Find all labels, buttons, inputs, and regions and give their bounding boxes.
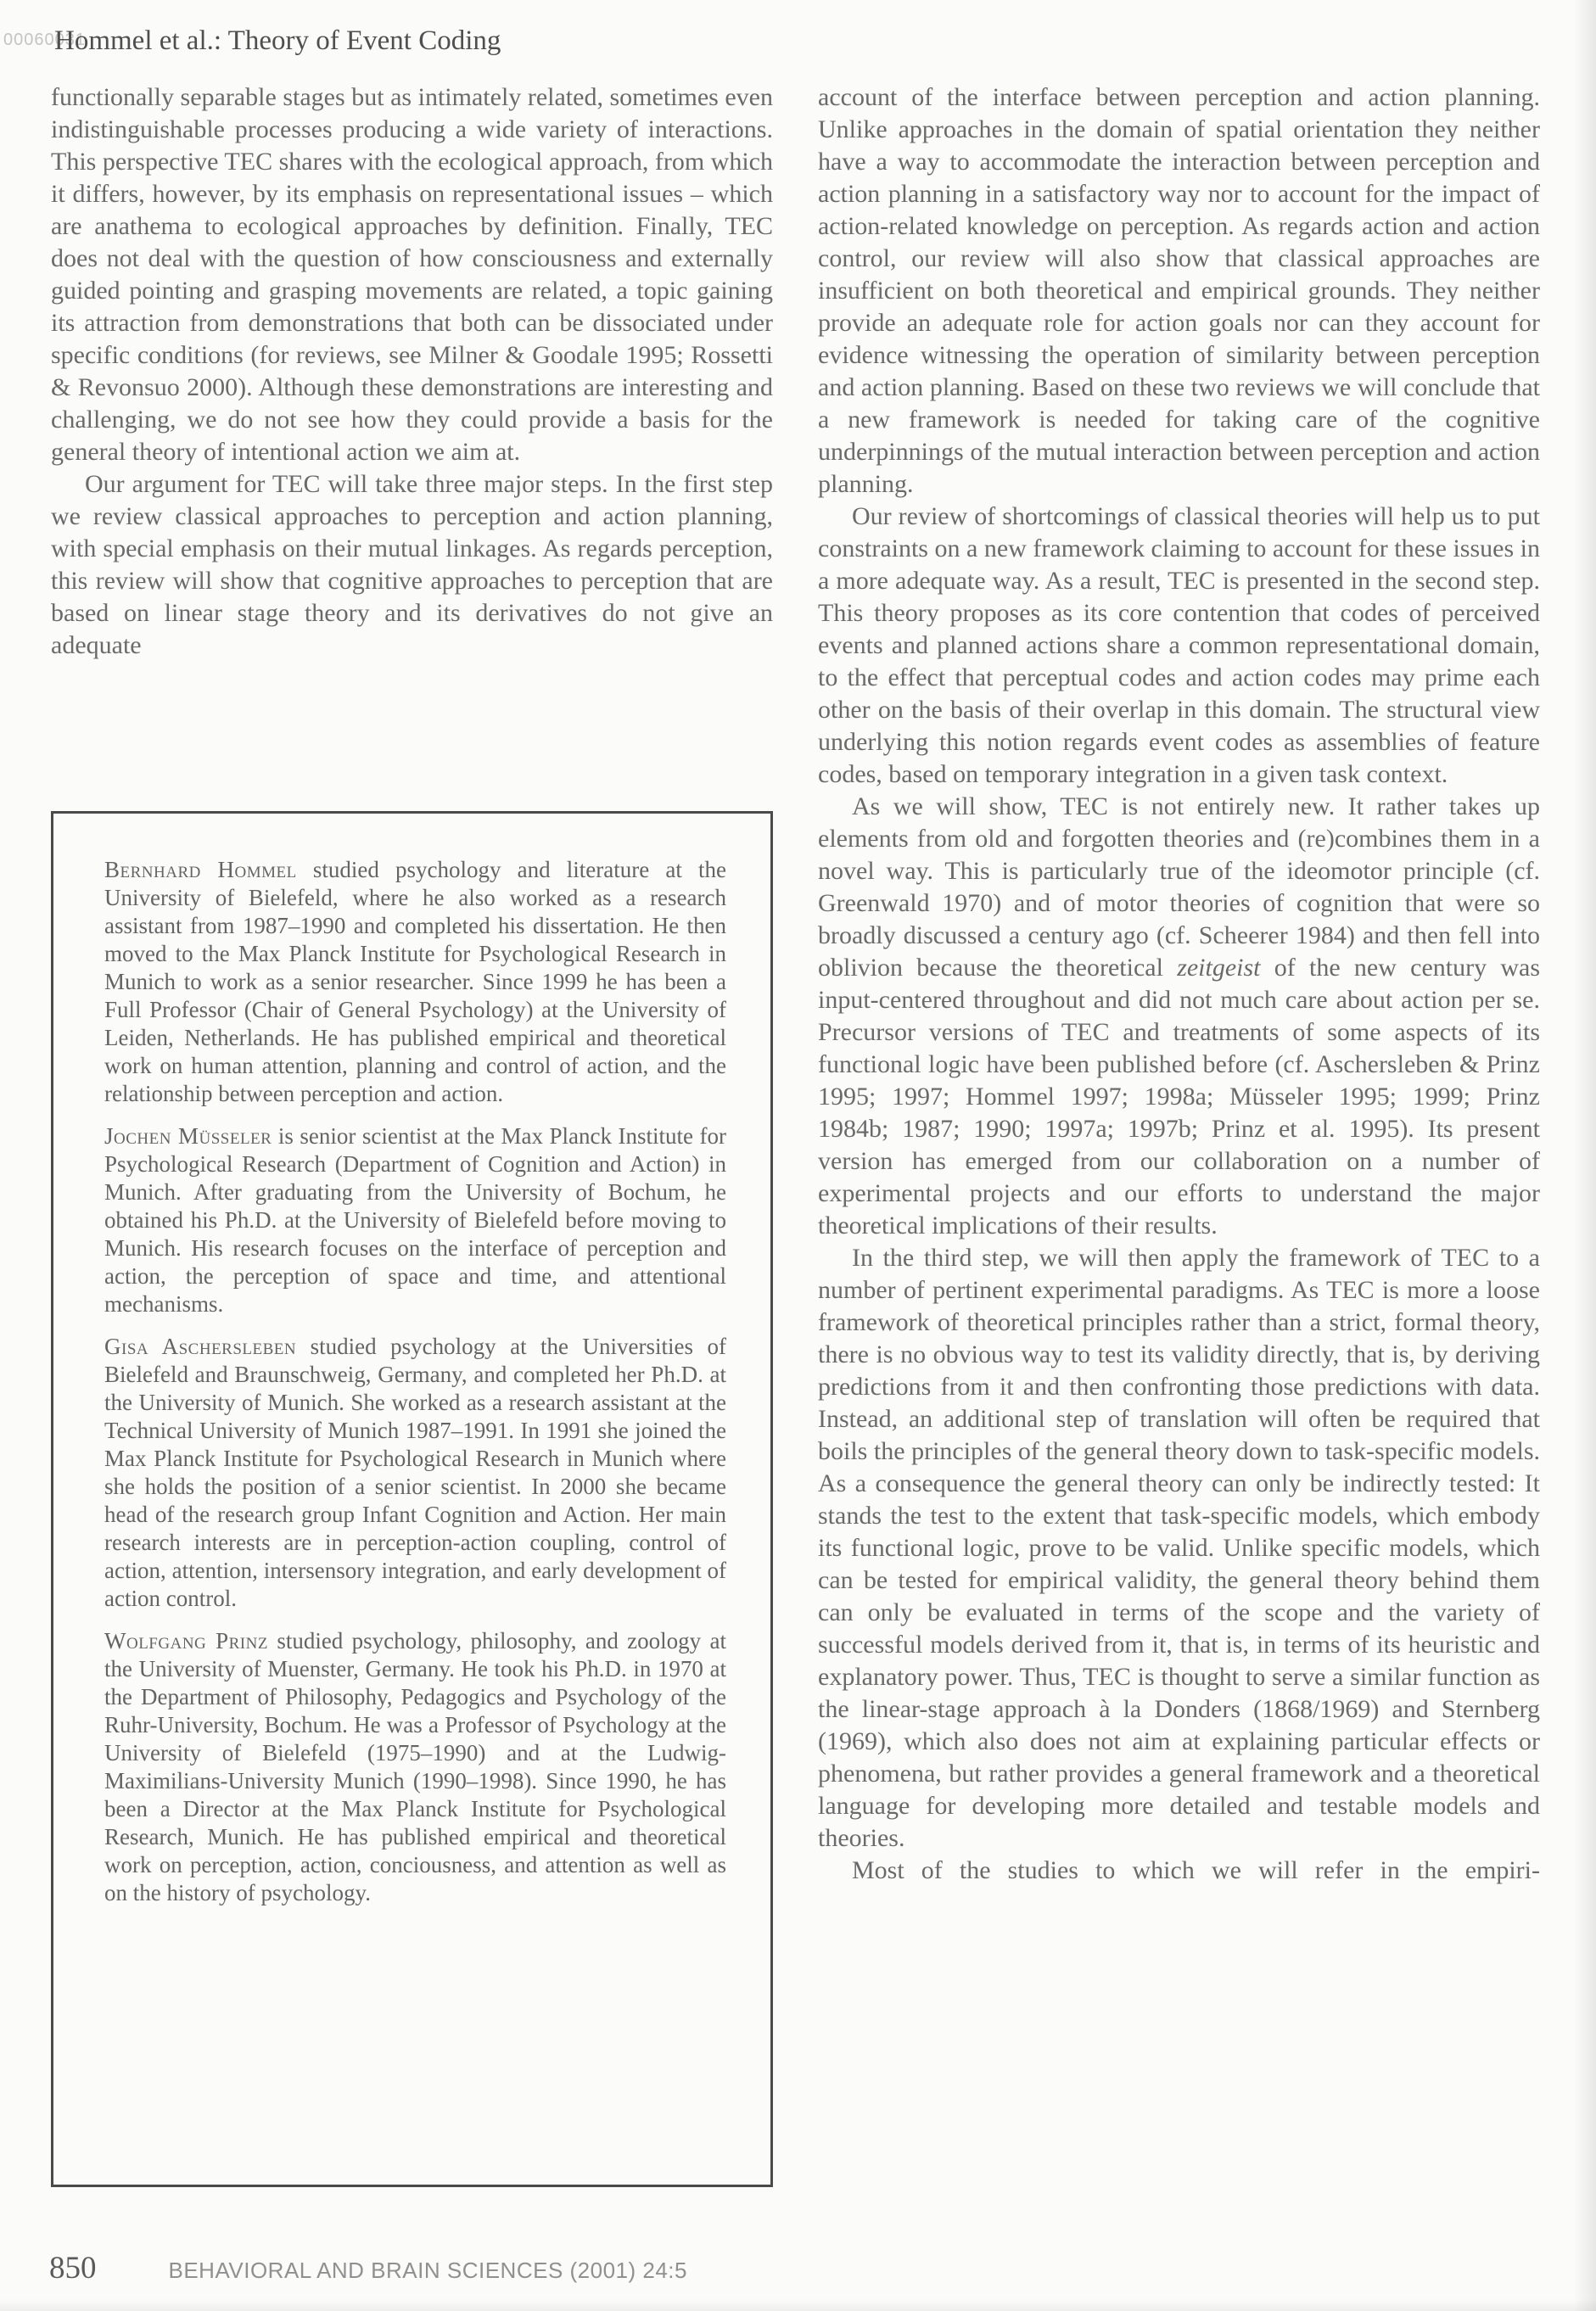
bio-jochen-musseler: Jochen Müsseler is senior scientist at t…	[104, 1122, 726, 1318]
bio-text: studied psychology at the Universities o…	[104, 1334, 726, 1611]
running-head: Hommel et al.: Theory of Event Coding	[54, 25, 501, 57]
bio-wolfgang-prinz: Wolfgang Prinz studied psychology, philo…	[104, 1627, 726, 1907]
italic-term: zeitgeist	[1177, 954, 1260, 982]
bio-bernhard-hommel: Bernhard Hommel studied psychology and l…	[104, 856, 726, 1108]
bio-text: studied psychology and literature at the…	[104, 857, 726, 1106]
scanned-paper-page: 00060031 Hommel et al.: Theory of Event …	[0, 0, 1596, 2311]
bio-gisa-aschersleben: Gisa Aschersleben studied psychology at …	[104, 1333, 726, 1613]
scan-edge-shadow	[0, 2299, 1596, 2311]
author-name: Wolfgang Prinz	[104, 1628, 268, 1654]
paragraph: As we will show, TEC is not entirely new…	[818, 791, 1540, 1242]
paragraph: In the third step, we will then apply th…	[818, 1242, 1540, 1855]
paragraph: Most of the studies to which we will ref…	[818, 1855, 1540, 1887]
author-name: Bernhard Hommel	[104, 857, 297, 882]
paragraph: functionally separable stages but as int…	[51, 81, 773, 468]
page-number: 850	[49, 2250, 97, 2286]
paragraph-text: of the new century was input-centered th…	[818, 954, 1540, 1239]
left-column: functionally separable stages but as int…	[51, 81, 773, 2202]
paragraph: Our review of shortcomings of classical …	[818, 501, 1540, 791]
paragraph: account of the interface between percept…	[818, 81, 1540, 501]
bio-text: studied psychology, philosophy, and zool…	[104, 1628, 726, 1905]
author-name: Gisa Aschersleben	[104, 1334, 296, 1359]
page-footer: 850 BEHAVIORAL AND BRAIN SCIENCES (2001)…	[49, 2250, 1492, 2286]
scan-edge-shadow	[1574, 0, 1596, 2311]
paragraph: Our argument for TEC will take three maj…	[51, 468, 773, 662]
bio-text: is senior scientist at the Max Planck In…	[104, 1123, 726, 1317]
right-column: account of the interface between percept…	[818, 81, 1540, 2202]
author-bio-box: Bernhard Hommel studied psychology and l…	[51, 811, 773, 2187]
author-name: Jochen Müsseler	[104, 1123, 272, 1149]
journal-line: BEHAVIORAL AND BRAIN SCIENCES (2001) 24:…	[169, 2258, 688, 2284]
